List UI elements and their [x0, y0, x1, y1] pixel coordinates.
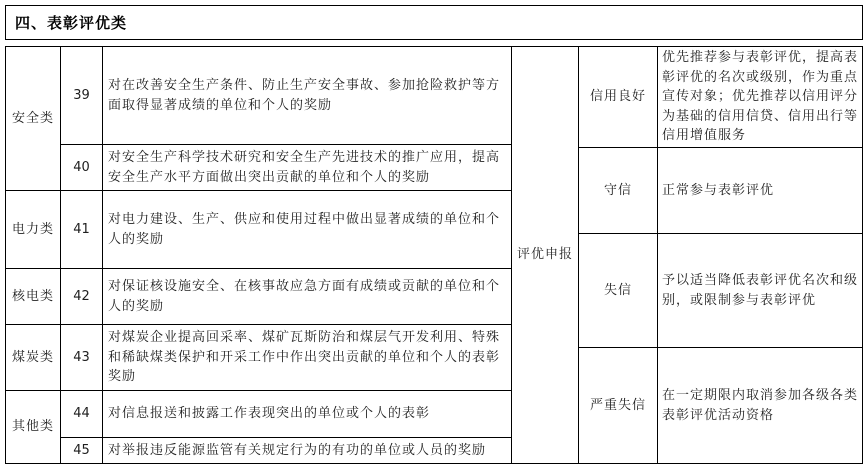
- category-group-electric-power: 电力类 41 对电力建设、生产、供应和使用过程中做出显著成绩的单位和个人的奖励: [6, 191, 511, 269]
- table-row: 45 对举报违反能源监管有关规定行为的有功的单位或人员的奖励: [61, 438, 511, 464]
- item-number-cell: 40: [61, 145, 103, 190]
- category-cell: 其他类: [6, 391, 61, 464]
- credit-consequence-cell: 正常参与表彰评优: [658, 148, 862, 233]
- table-row: 44 对信息报送和披露工作表现突出的单位或个人的表彰: [61, 391, 511, 438]
- table-row: 42 对保证核设施安全、在核事故应急方面有成绩或贡献的单位和个人的奖励: [61, 269, 511, 324]
- table-row: 41 对电力建设、生产、供应和使用过程中做出显著成绩的单位和个人的奖励: [61, 191, 511, 268]
- table-right-section: 信用良好 优先推荐参与表彰评优，提高表彰评优的名次或级别，作为重点宣传对象；优先…: [579, 47, 862, 463]
- credit-row: 失信 予以适当降低表彰评优名次和级别，或限制参与表彰评优: [579, 234, 862, 348]
- credit-row: 信用良好 优先推荐参与表彰评优，提高表彰评优的名次或级别，作为重点宣传对象；优先…: [579, 47, 862, 148]
- credit-consequence-cell: 在一定期限内取消参加各级各类表彰评优活动资格: [658, 348, 862, 463]
- category-group-coal: 煤炭类 43 对煤炭企业提高回采率、煤矿瓦斯防治和煤层气开发利用、特殊和稀缺煤类…: [6, 325, 511, 391]
- credit-status-cell: 失信: [579, 234, 658, 347]
- item-description-cell: 对举报违反能源监管有关规定行为的有功的单位或人员的奖励: [103, 438, 511, 464]
- group-rows: 39 对在改善安全生产条件、防止生产安全事故、参加抢险救护等方面取得显著成绩的单…: [61, 47, 511, 190]
- commendation-table: 安全类 39 对在改善安全生产条件、防止生产安全事故、参加抢险救护等方面取得显著…: [5, 46, 863, 464]
- credit-row: 严重失信 在一定期限内取消参加各级各类表彰评优活动资格: [579, 348, 862, 463]
- category-group-nuclear-power: 核电类 42 对保证核设施安全、在核事故应急方面有成绩或贡献的单位和个人的奖励: [6, 269, 511, 325]
- section-title-box: 四、表彰评优类: [5, 5, 863, 40]
- credit-row: 守信 正常参与表彰评优: [579, 148, 862, 234]
- category-cell: 安全类: [6, 47, 61, 190]
- credit-consequence-cell: 予以适当降低表彰评优名次和级别，或限制参与表彰评优: [658, 234, 862, 347]
- table-row: 43 对煤炭企业提高回采率、煤矿瓦斯防治和煤层气开发利用、特殊和稀缺煤类保护和开…: [61, 325, 511, 390]
- category-group-other: 其他类 44 对信息报送和披露工作表现突出的单位或个人的表彰 45 对举报违反能…: [6, 391, 511, 464]
- item-description-cell: 对煤炭企业提高回采率、煤矿瓦斯防治和煤层气开发利用、特殊和稀缺煤类保护和开采工作…: [103, 325, 511, 390]
- table-row: 40 对安全生产科学技术研究和安全生产先进技术的推广应用，提高安全生产水平方面做…: [61, 145, 511, 190]
- credit-consequence-cell: 优先推荐参与表彰评优，提高表彰评优的名次或级别，作为重点宣传对象；优先推荐以信用…: [658, 47, 862, 147]
- item-description-cell: 对安全生产科学技术研究和安全生产先进技术的推广应用，提高安全生产水平方面做出突出…: [103, 145, 511, 190]
- item-number-cell: 39: [61, 47, 103, 144]
- group-rows: 42 对保证核设施安全、在核事故应急方面有成绩或贡献的单位和个人的奖励: [61, 269, 511, 324]
- item-description-cell: 对在改善安全生产条件、防止生产安全事故、参加抢险救护等方面取得显著成绩的单位和个…: [103, 47, 511, 144]
- category-group-safety: 安全类 39 对在改善安全生产条件、防止生产安全事故、参加抢险救护等方面取得显著…: [6, 47, 511, 191]
- item-description-cell: 对电力建设、生产、供应和使用过程中做出显著成绩的单位和个人的奖励: [103, 191, 511, 268]
- table-row: 39 对在改善安全生产条件、防止生产安全事故、参加抢险救护等方面取得显著成绩的单…: [61, 47, 511, 145]
- document-page: 四、表彰评优类 安全类 39 对在改善安全生产条件、防止生产安全事故、参加抢险救…: [0, 0, 868, 468]
- item-number-cell: 44: [61, 391, 103, 437]
- item-number-cell: 41: [61, 191, 103, 268]
- credit-status-cell: 严重失信: [579, 348, 658, 463]
- item-number-cell: 45: [61, 438, 103, 464]
- item-number-cell: 42: [61, 269, 103, 324]
- category-cell: 煤炭类: [6, 325, 61, 390]
- table-left-section: 安全类 39 对在改善安全生产条件、防止生产安全事故、参加抢险救护等方面取得显著…: [6, 47, 511, 463]
- group-rows: 44 对信息报送和披露工作表现突出的单位或个人的表彰 45 对举报违反能源监管有…: [61, 391, 511, 464]
- evaluation-application-label: 评优申报: [511, 47, 579, 463]
- group-rows: 41 对电力建设、生产、供应和使用过程中做出显著成绩的单位和个人的奖励: [61, 191, 511, 268]
- credit-status-cell: 守信: [579, 148, 658, 233]
- category-cell: 核电类: [6, 269, 61, 324]
- item-number-cell: 43: [61, 325, 103, 390]
- item-description-cell: 对保证核设施安全、在核事故应急方面有成绩或贡献的单位和个人的奖励: [103, 269, 511, 324]
- section-title: 四、表彰评优类: [15, 12, 127, 33]
- group-rows: 43 对煤炭企业提高回采率、煤矿瓦斯防治和煤层气开发利用、特殊和稀缺煤类保护和开…: [61, 325, 511, 390]
- category-cell: 电力类: [6, 191, 61, 268]
- item-description-cell: 对信息报送和披露工作表现突出的单位或个人的表彰: [103, 391, 511, 437]
- credit-status-cell: 信用良好: [579, 47, 658, 147]
